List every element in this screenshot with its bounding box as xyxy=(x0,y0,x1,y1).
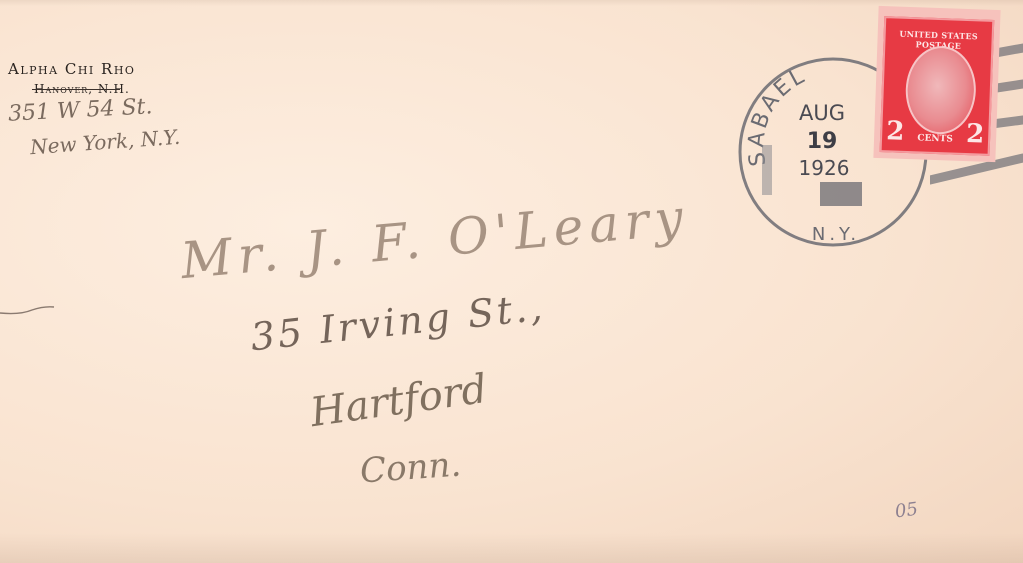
return-address-organization: Alpha Chi Rho xyxy=(8,60,135,78)
return-address-handwritten-street: 351 W 54 St. xyxy=(7,94,153,127)
stamp-denomination-right: 2 xyxy=(966,119,985,150)
stamp-face: UNITED STATES POSTAGE 2 CENTS 2 xyxy=(880,16,995,156)
return-address-handwritten-city: New York, N.Y. xyxy=(29,125,181,159)
return-address-struck-city: Hanover, N.H. xyxy=(34,82,130,96)
return-address: Alpha Chi Rho Hanover, N.H. 351 W 54 St.… xyxy=(8,60,135,97)
recipient-state: Conn. xyxy=(359,445,463,492)
top-edge-shadow xyxy=(0,0,1023,6)
svg-text:1926: 1926 xyxy=(799,156,850,180)
paper-tear-mark xyxy=(0,305,55,317)
recipient-city: Hartford xyxy=(308,366,490,436)
svg-text:AUG: AUG xyxy=(799,101,845,125)
pencil-note: 05 xyxy=(894,499,920,523)
recipient-street: 35 Irving St., xyxy=(249,285,548,360)
postage-stamp: UNITED STATES POSTAGE 2 CENTS 2 xyxy=(873,6,1000,162)
svg-text:N.Y.: N.Y. xyxy=(812,224,860,245)
recipient-name: Mr. J. F. O'Leary xyxy=(178,188,691,290)
envelope: Alpha Chi Rho Hanover, N.H. 351 W 54 St.… xyxy=(0,0,1023,563)
svg-text:19: 19 xyxy=(807,129,838,154)
bottom-edge-shadow xyxy=(0,533,1023,563)
